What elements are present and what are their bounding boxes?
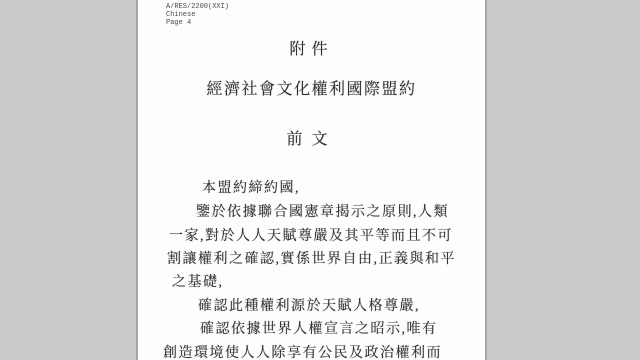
preamble-line: 本盟約締約國, <box>202 177 300 197</box>
document-title: 經濟社會文化權利國際盟約 <box>138 76 485 99</box>
preamble-line: 割讓權利之確認,實係世界自由,正義與和平 <box>167 248 456 268</box>
page-number-label: Page 4 <box>166 19 229 27</box>
page-content: A/RES/2200(XXI) Chinese Page 4 附件 經濟社會文化… <box>138 0 485 360</box>
scanned-document-view: A/RES/2200(XXI) Chinese Page 4 附件 經濟社會文化… <box>0 0 640 360</box>
doc-symbol: A/RES/2200(XXI) <box>166 3 229 11</box>
document-header: A/RES/2200(XXI) Chinese Page 4 <box>166 3 229 27</box>
preamble-line: 鑒於依據聯合國憲章揭示之原則,人類 <box>196 201 449 221</box>
preamble-line: 確認此種權利源於天賦人格尊嚴, <box>198 295 420 315</box>
document-page: A/RES/2200(XXI) Chinese Page 4 附件 經濟社會文化… <box>136 0 487 360</box>
preamble-line: 創造環境使人人除享有公民及政治權利而 <box>163 342 442 360</box>
annex-heading: 附件 <box>138 36 485 59</box>
language-label: Chinese <box>166 11 229 19</box>
preamble-line: 一家,對於人人天賦尊嚴及其平等而且不可 <box>169 225 453 245</box>
preamble-line: 之基礎, <box>172 271 224 291</box>
preamble-line: 確認依據世界人權宣言之昭示,唯有 <box>200 318 438 338</box>
preamble-heading: 前文 <box>138 126 485 149</box>
